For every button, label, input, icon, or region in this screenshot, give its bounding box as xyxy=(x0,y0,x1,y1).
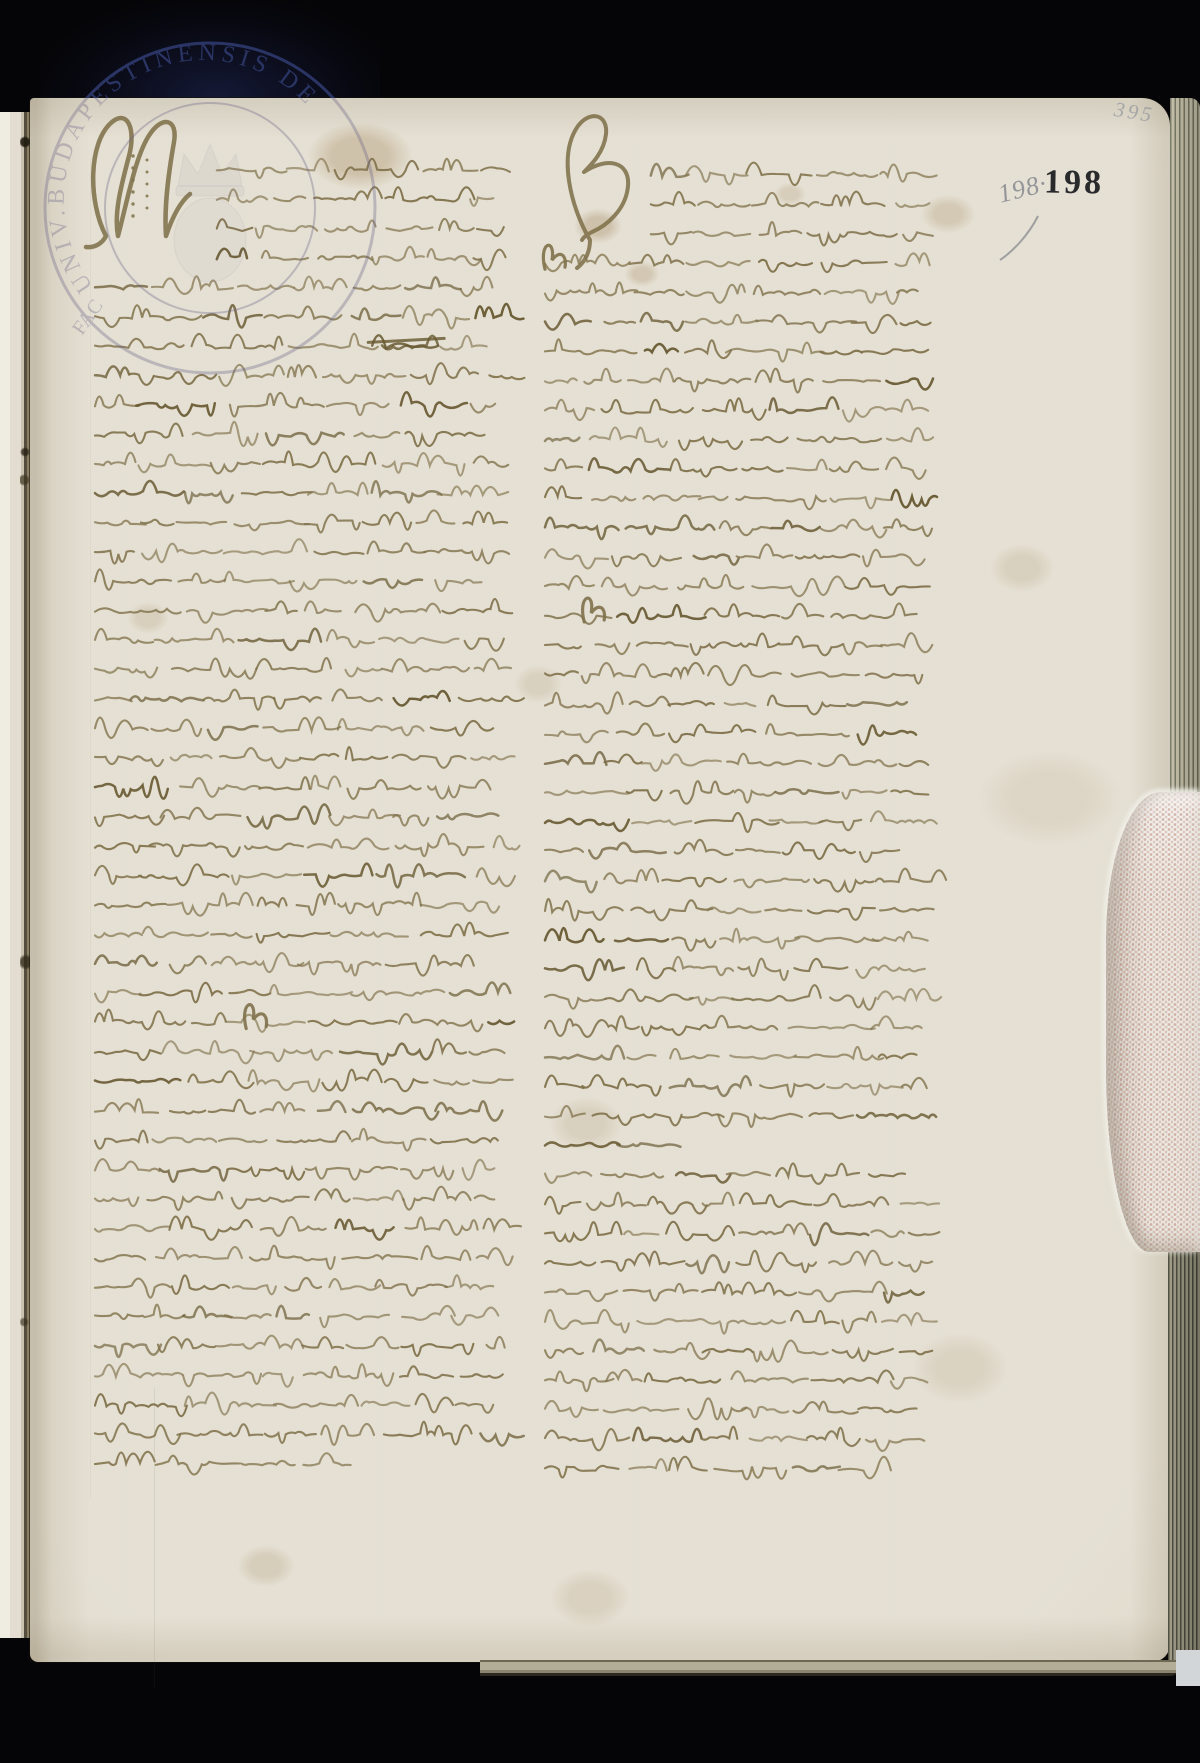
handwriting-column-right xyxy=(543,163,946,1480)
fore-edge-stack-lower xyxy=(1168,1244,1200,1664)
handwriting-column-left xyxy=(95,159,524,1475)
previous-page-edges xyxy=(0,112,30,1638)
page-number-stamp: 198 xyxy=(1044,163,1105,202)
manuscript-page: 198 198· 395 xyxy=(30,98,1170,1662)
manuscript-photo: 198 198· 395 UNIV.BUDAPESTINENSIS DE FAC xyxy=(0,0,1200,1763)
initial-letter-w xyxy=(86,118,190,247)
handwritten-text xyxy=(30,98,1170,1662)
cradle-support xyxy=(1176,1650,1200,1686)
gloved-finger xyxy=(1106,792,1200,1252)
bottom-edge-stack xyxy=(480,1660,1180,1676)
pencil-flourish xyxy=(1000,216,1038,260)
fore-edge-stack-upper xyxy=(1170,98,1200,810)
strikethrough-mark xyxy=(368,338,444,342)
initial-letter-b xyxy=(568,116,628,268)
stamp-navy-glow xyxy=(40,0,380,110)
